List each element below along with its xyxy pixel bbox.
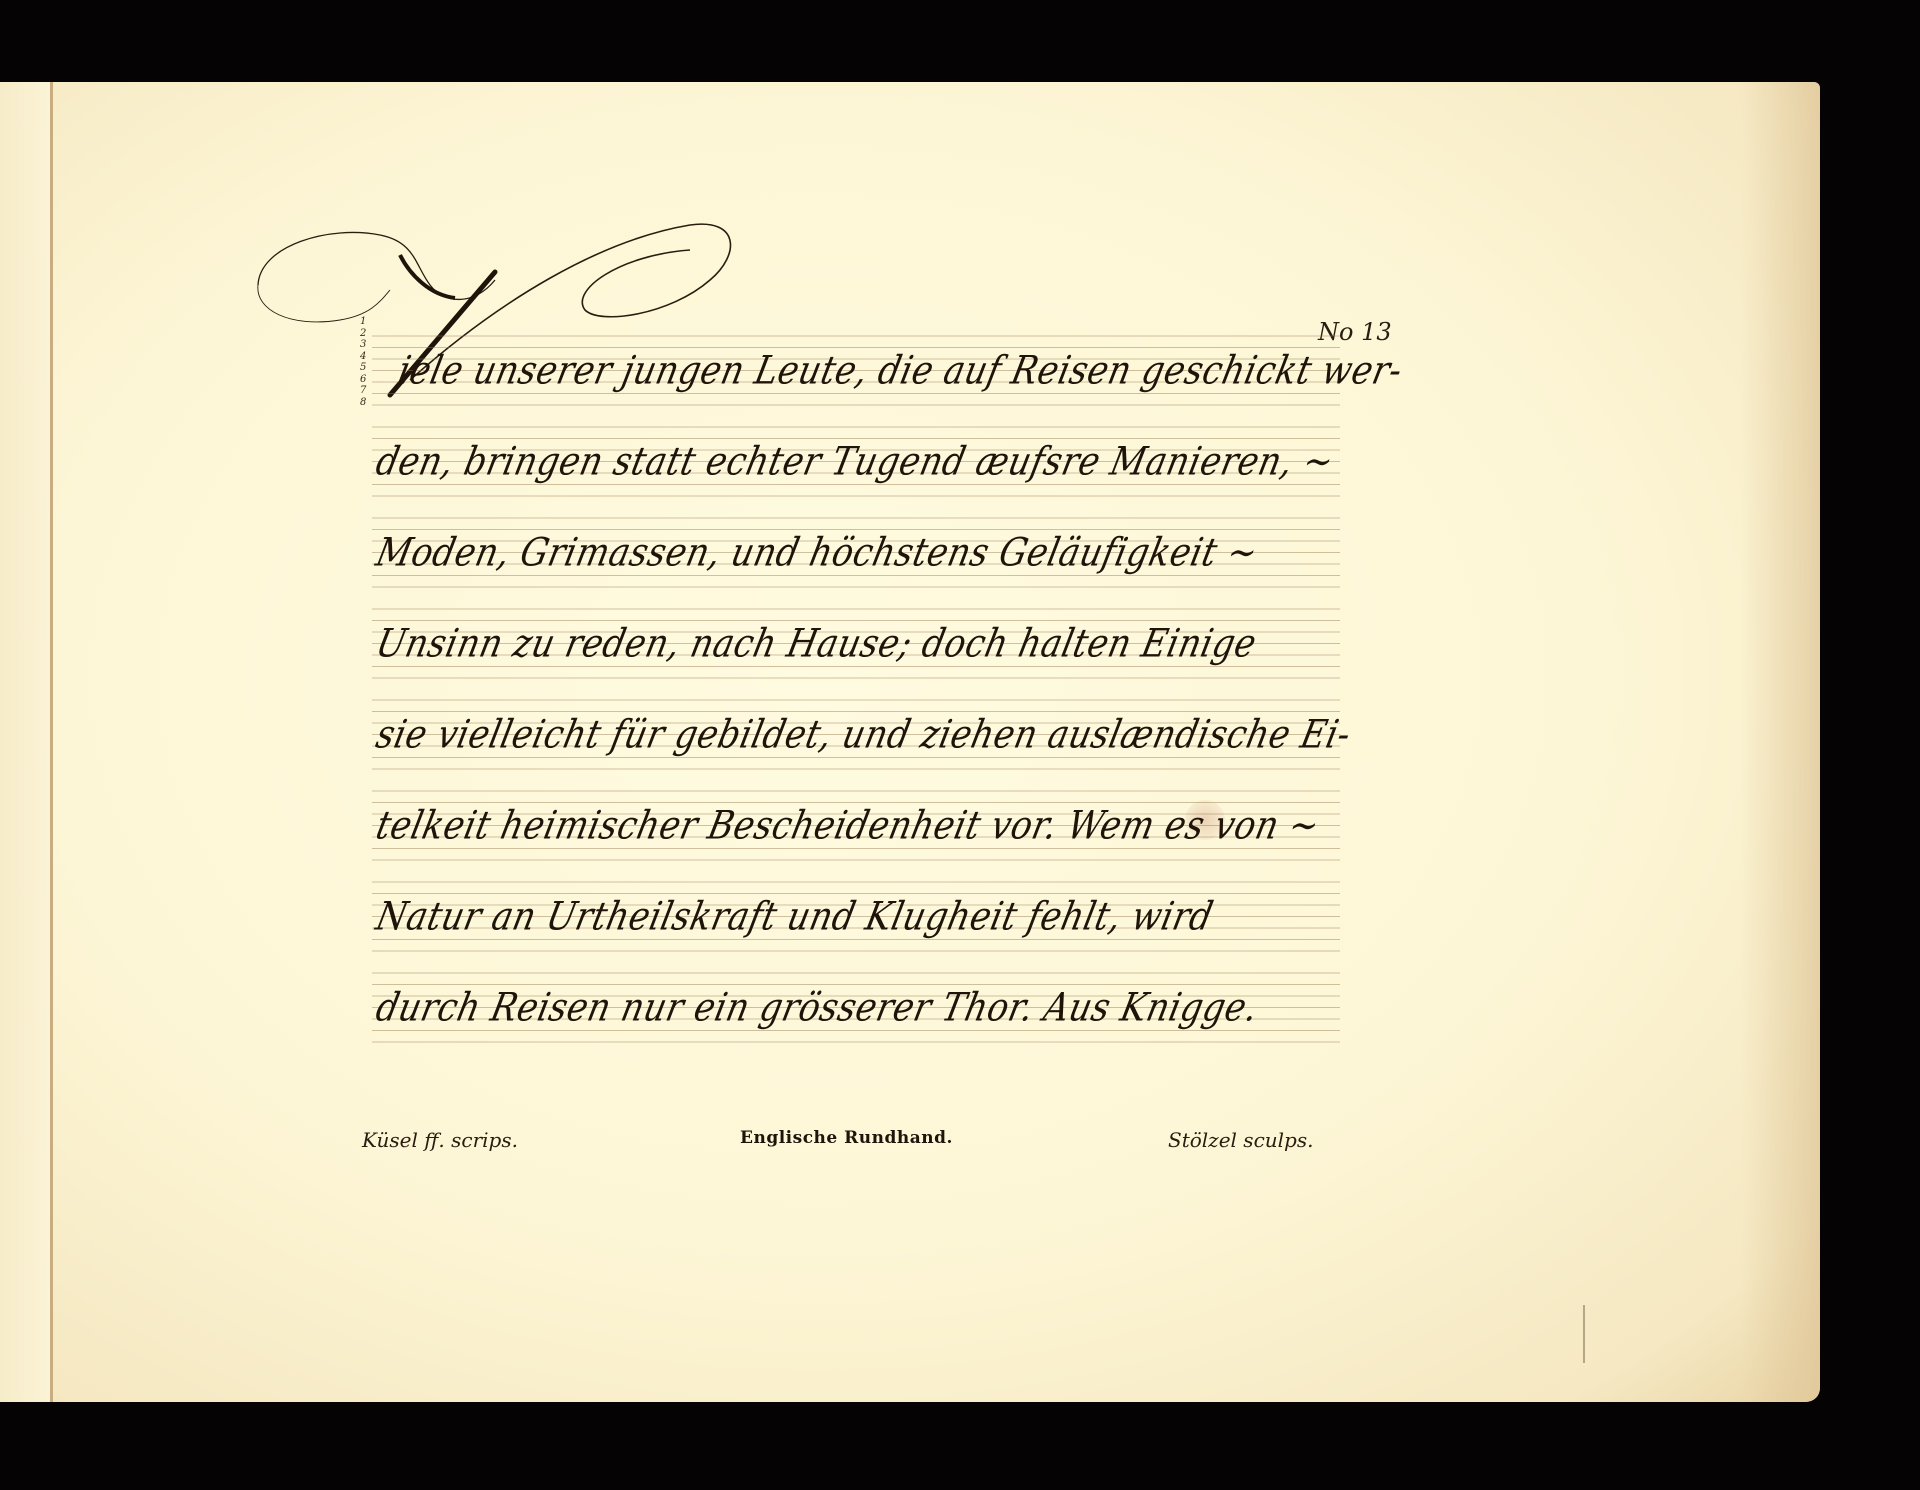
line-text: Unsinn zu reden, nach Hause; doch halten… [372, 621, 1350, 667]
text-line: den, bringen statt echter Tugend æufsre … [372, 416, 1340, 507]
script-style-title: Englische Rundhand. [740, 1128, 953, 1148]
text-line: sie vielleicht für gebildet, und ziehen … [372, 689, 1340, 780]
line-text: iele unserer jungen Leute, die auf Reise… [372, 348, 1350, 394]
line-text: Natur an Urtheilskraft und Klugheit fehl… [372, 894, 1350, 940]
plate-footer: Küsel ff. scrips. Englische Rundhand. St… [0, 1128, 1920, 1158]
text-line: Natur an Urtheilskraft und Klugheit fehl… [372, 871, 1340, 962]
text-line: telkeit heimischer Bescheidenheit vor. W… [372, 780, 1340, 871]
calligraphy-text-block: iele unserer jungen Leute, die auf Reise… [372, 325, 1340, 1053]
text-line: durch Reisen nur ein grösserer Thor. Aus… [372, 962, 1340, 1053]
engraver-credit: Stölzel sculps. [1168, 1128, 1313, 1152]
line-text: telkeit heimischer Bescheidenheit vor. W… [372, 803, 1350, 849]
paper-mark [1583, 1305, 1585, 1363]
line-text: den, bringen statt echter Tugend æufsre … [372, 439, 1350, 485]
page-edge-shading [1740, 82, 1820, 1402]
line-text: durch Reisen nur ein grösserer Thor. Aus… [372, 985, 1350, 1031]
line-text: Moden, Grimassen, und höchstens Geläufig… [372, 530, 1350, 576]
left-page-edge [0, 82, 53, 1402]
text-line: iele unserer jungen Leute, die auf Reise… [372, 325, 1340, 416]
text-line: Moden, Grimassen, und höchstens Geläufig… [372, 507, 1340, 598]
scribe-credit: Küsel ff. scrips. [362, 1128, 518, 1152]
line-text: sie vielleicht für gebildet, und ziehen … [372, 712, 1350, 758]
text-line: Unsinn zu reden, nach Hause; doch halten… [372, 598, 1340, 689]
